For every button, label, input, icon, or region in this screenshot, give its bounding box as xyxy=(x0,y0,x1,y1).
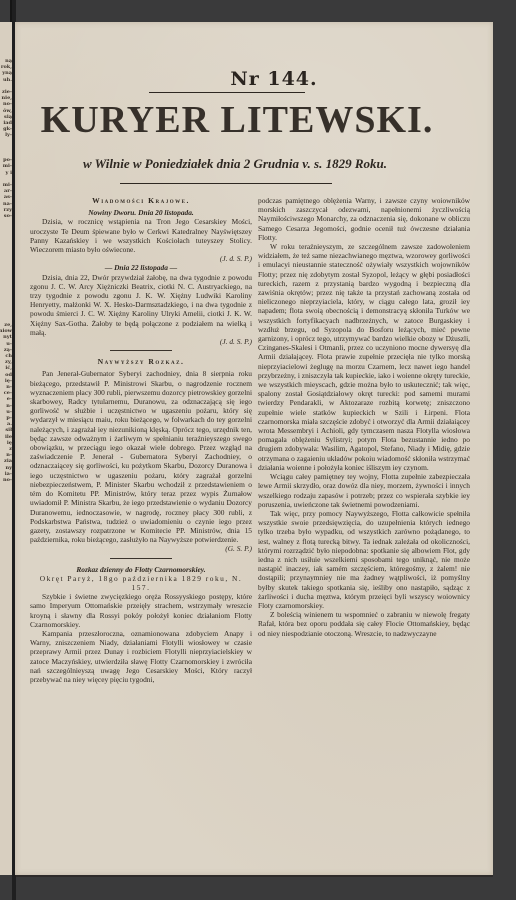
court-news-source-1: (J. d. S. P.) xyxy=(30,254,252,263)
section-divider-1 xyxy=(110,350,172,351)
section-divider-2 xyxy=(110,558,172,559)
masthead-rule-bottom xyxy=(120,183,332,184)
right-paragraph-1: podczas pamiętnego oblężenia Warny, i za… xyxy=(258,196,470,242)
fleet-order-paragraph-2: Kampania przeszłoroczna, oznamionowana z… xyxy=(30,629,252,684)
court-news-paragraph-2: Dzisia, dnia 22, Dwór przywdział żałobę,… xyxy=(30,273,252,337)
issue-number: Nr 144. xyxy=(15,68,493,90)
right-paragraph-5: Z boleścią winienem tu wspomnieć o zabra… xyxy=(258,610,470,638)
masthead-rule-top xyxy=(149,92,305,93)
newspaper-title: KURYER LITEWSKI. xyxy=(27,98,447,142)
page-bottom-shadow xyxy=(15,875,493,877)
previous-page-text-middle: ze, niow nyt u- zą- ch zy, ić, od ię- n-… xyxy=(0,322,12,483)
right-paragraph-4: Tak więc, przy pomocy Naywyższego, Flott… xyxy=(258,509,470,610)
right-paragraph-2: W roku teraźnieyszym, ze szczególnem zaw… xyxy=(258,242,470,472)
right-paragraph-3: Wciągu całey pamiętney tey wojny, Flotta… xyxy=(258,472,470,509)
court-news-paragraph-1: Dzisia, w rocznicę wstąpienia na Tron Je… xyxy=(30,217,252,254)
supreme-order-source: (G. S. P.) xyxy=(30,544,252,553)
court-news-source-2: (J. d. S. P.) xyxy=(30,337,252,346)
section-heading-supreme-order: Naywyższy Rozkaz. xyxy=(30,357,252,366)
fleet-order-heading: Rozkaz dzienny do Flotty Czarnomorskiey. xyxy=(30,565,252,574)
fleet-order-paragraph-1: Szybkie i świetne zwycięzkiego oręża Ros… xyxy=(30,592,252,629)
previous-page-text-top: ną rok, yną uh. zie- nie, no- ów, sią ia… xyxy=(1,58,12,219)
court-news-dateline: Nowiny Dworu. Dnia 20 listopada. xyxy=(30,208,252,217)
court-news-dateline-2: — Dnia 22 listopada — xyxy=(30,263,252,272)
supreme-order-paragraph: Pan Jenerał-Gubernator Syberyi zachodnie… xyxy=(30,369,252,544)
right-column: podczas pamiętnego oblężenia Warny, i za… xyxy=(258,196,470,638)
newspaper-page: Nr 144. KURYER LITEWSKI. w Wilnie w Poni… xyxy=(15,22,493,875)
fleet-order-dateline: Okręt Paryż, 18go października 1829 roku… xyxy=(30,574,252,592)
section-heading-domestic-news: Wiadomości Krajowe. xyxy=(30,196,252,205)
left-column: Wiadomości Krajowe. Nowiny Dworu. Dnia 2… xyxy=(30,196,252,684)
issue-dateline: w Wilnie w Poniedziałek dnia 2 Grudnia v… xyxy=(35,156,435,172)
